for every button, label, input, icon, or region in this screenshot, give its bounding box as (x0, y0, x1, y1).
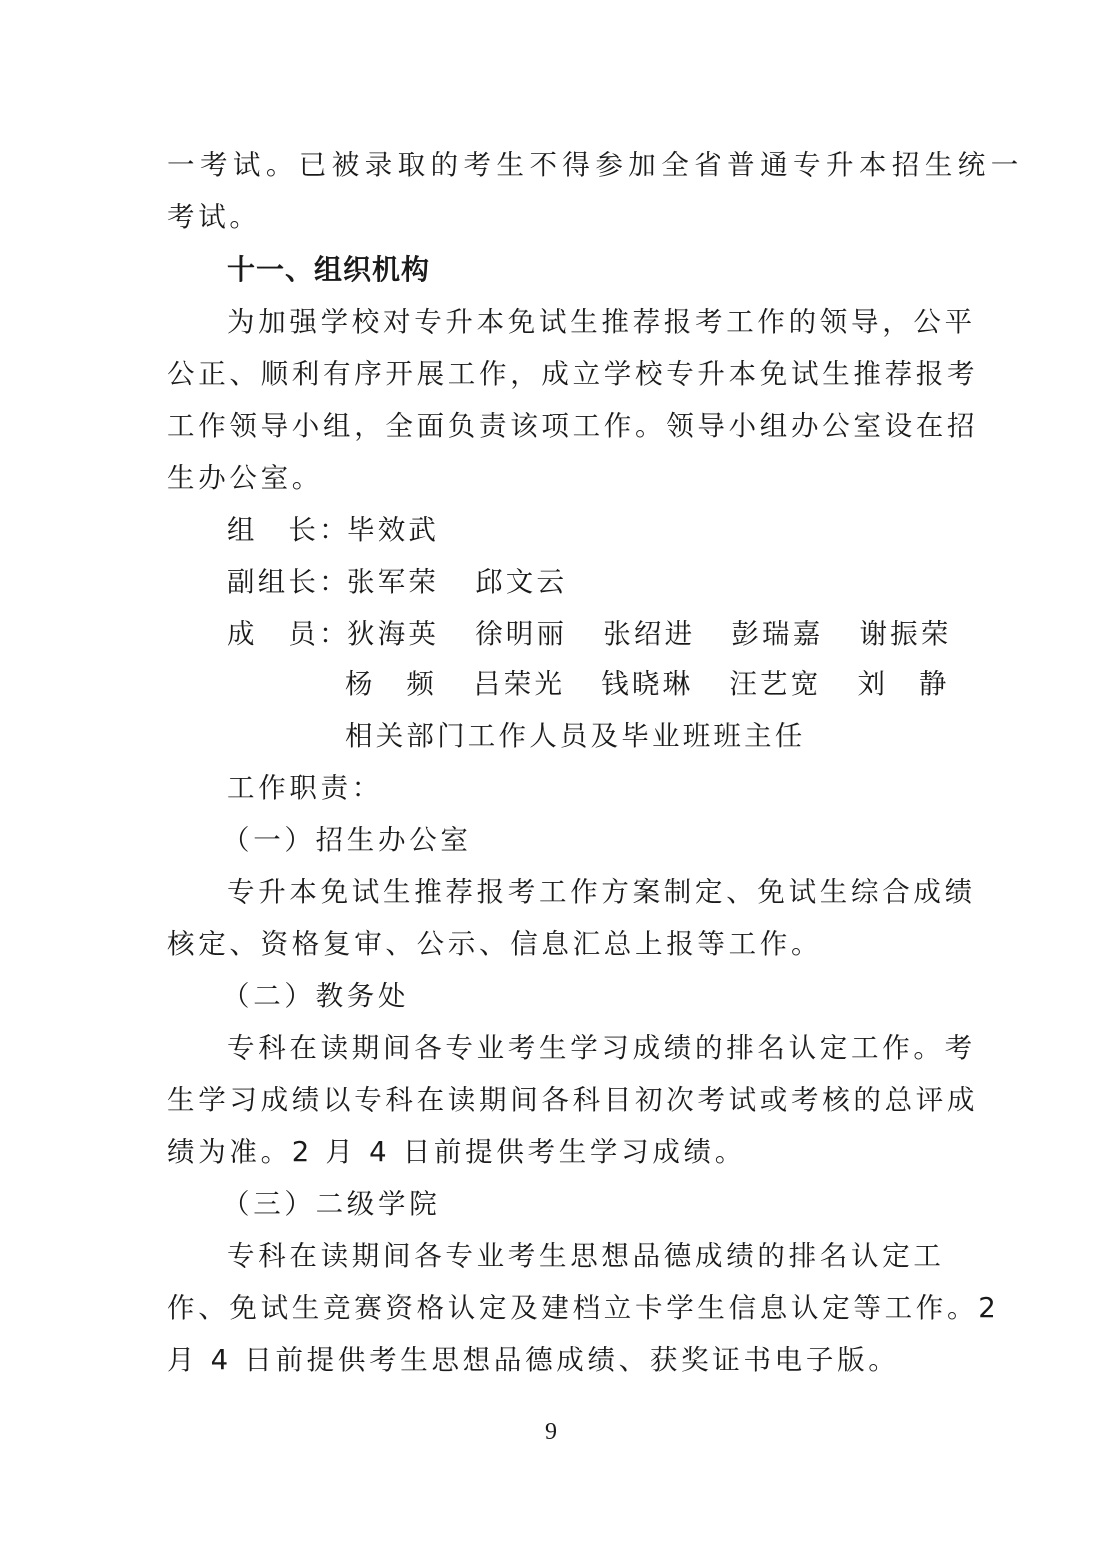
members-row-extra: 相关部门工作人员及毕业班班主任 (345, 716, 1102, 756)
deputy-name: 张军荣 (347, 562, 439, 602)
leader-name: 毕效武 (347, 510, 439, 550)
deputy-label: 副组长： (227, 562, 347, 602)
paragraph-line: 专科在读期间各专业考生思想品德成绩的排名认定工 (227, 1236, 1027, 1276)
member-name: 汪艺宽 (729, 664, 821, 704)
paragraph-line: 工作领导小组，全面负责该项工作。领导小组办公室设在招 (167, 406, 967, 446)
page-number: 9 (0, 1414, 1102, 1450)
section-heading: 十一、组织机构 (227, 250, 1027, 290)
paragraph-line: 核定、资格复审、公示、信息汇总上报等工作。 (167, 924, 967, 964)
deputy-name: 邱文云 (475, 562, 567, 602)
paragraph-line: 生学习成绩以专科在读期间各科目初次考试或考核的总评成 (167, 1080, 967, 1120)
deputy-row: 副组长：张军荣邱文云 (227, 562, 1027, 602)
duty-title: （三）二级学院 (222, 1184, 1022, 1224)
member-name: 彭瑞嘉 (731, 614, 823, 654)
paragraph-line: 作、免试生竞赛资格认定及建档立卡学生信息认定等工作。2 (167, 1288, 967, 1328)
paragraph-line: 生办公室。 (167, 458, 967, 498)
members-row-continued: 杨 频吕荣光钱晓琳汪艺宽刘 静 (345, 664, 1102, 704)
paragraph-line: 公正、顺利有序开展工作，成立学校专升本免试生推荐报考 (167, 354, 967, 394)
member-name: 狄海英 (347, 614, 439, 654)
paragraph-line: 专科在读期间各专业考生学习成绩的排名认定工作。考 (227, 1028, 1027, 1068)
member-name: 张绍进 (603, 614, 695, 654)
paragraph-line: 为加强学校对专升本免试生推荐报考工作的领导，公平 (227, 302, 1027, 342)
duty-title: （二）教务处 (222, 976, 1022, 1016)
leader-label: 组 长： (227, 510, 347, 550)
paragraph-line: 绩为准。2 月 4 日前提供考生学习成绩。 (167, 1132, 967, 1172)
member-name: 徐明丽 (475, 614, 567, 654)
paragraph-line: 一考试。已被录取的考生不得参加全省普通专升本招生统一 (167, 145, 967, 185)
duties-label: 工作职责： (227, 768, 1027, 808)
paragraph-line: 专升本免试生推荐报考工作方案制定、免试生综合成绩 (227, 872, 1027, 912)
members-row: 成 员：狄海英徐明丽张绍进彭瑞嘉谢振荣 (227, 614, 1027, 654)
members-label: 成 员： (227, 614, 347, 654)
paragraph-line: 月 4 日前提供考生思想品德成绩、获奖证书电子版。 (167, 1340, 967, 1380)
member-name: 刘 静 (857, 664, 949, 704)
leader-row: 组 长：毕效武 (227, 510, 1027, 550)
member-name: 杨 频 (345, 664, 437, 704)
member-name: 谢振荣 (859, 614, 951, 654)
member-name: 吕荣光 (473, 664, 565, 704)
member-name: 钱晓琳 (601, 664, 693, 704)
paragraph-line: 考试。 (167, 197, 967, 237)
duty-title: （一）招生办公室 (222, 820, 1022, 860)
document-page: 一考试。已被录取的考生不得参加全省普通专升本招生统一 考试。 十一、组织机构 为… (0, 0, 1102, 1559)
